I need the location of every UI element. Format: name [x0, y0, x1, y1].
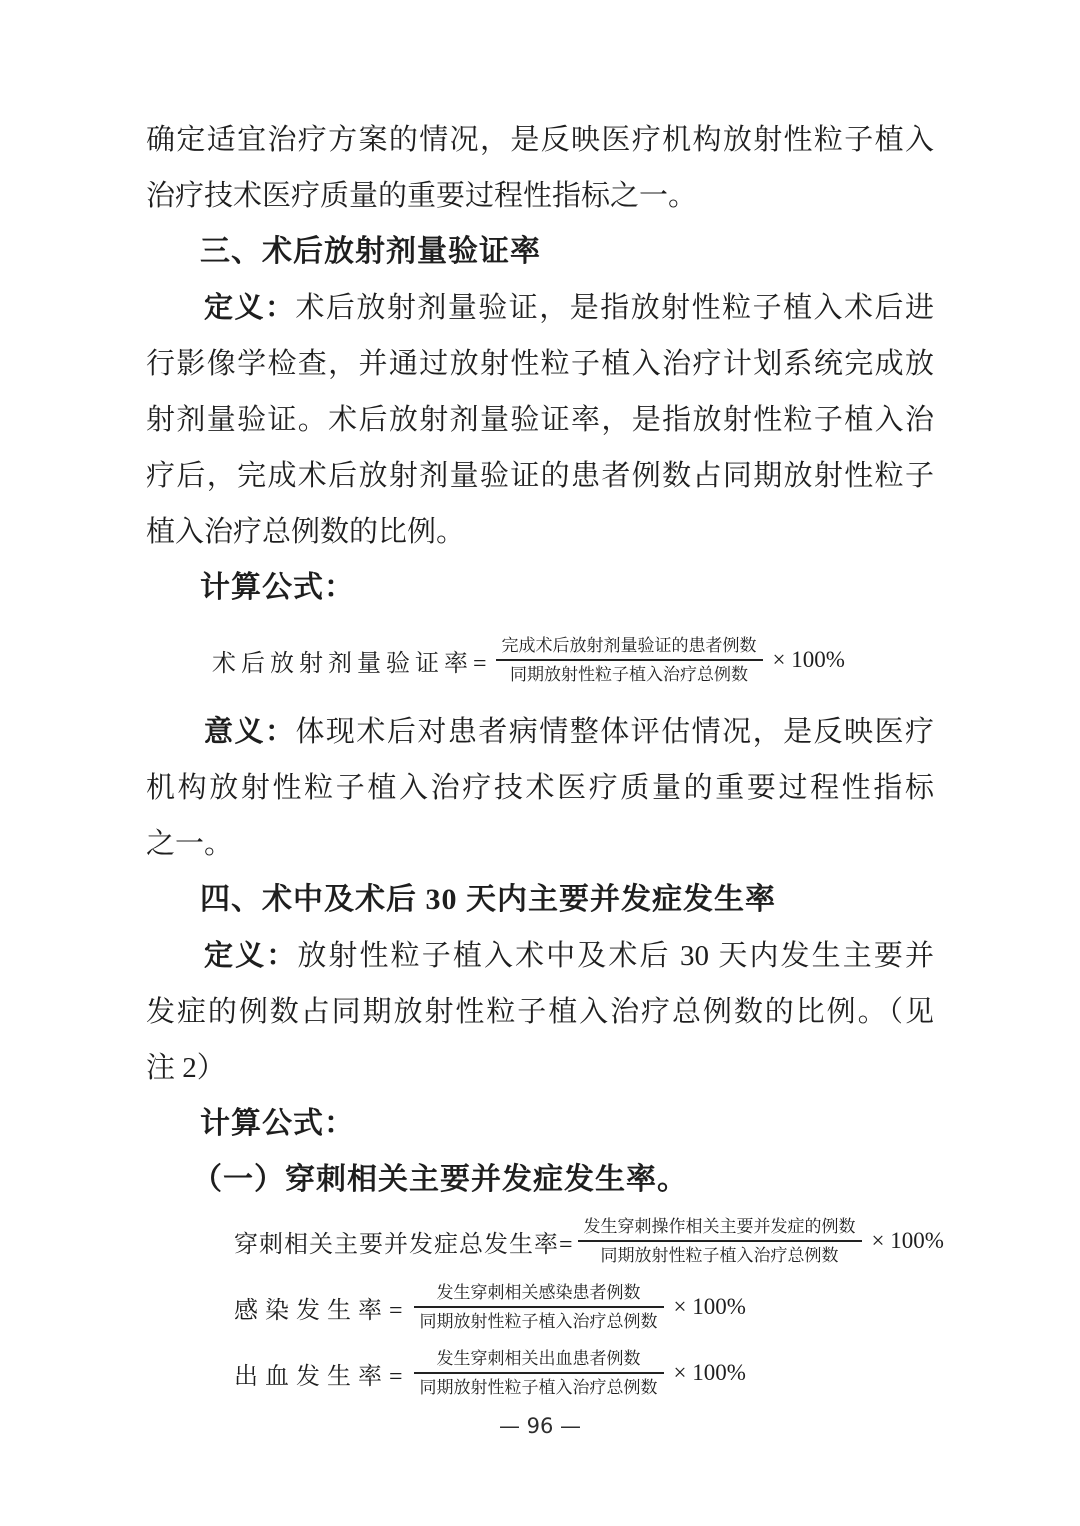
paragraph-lead: 定义： — [204, 940, 297, 972]
paragraph-lead: 意义： — [204, 716, 295, 748]
page-number: — 96 — — [499, 1414, 581, 1438]
fraction-denominator: 同期放射性粒子植入治疗总例数 — [414, 1374, 664, 1400]
fraction-denominator: 同期放射性粒子植入治疗总例数 — [414, 1308, 664, 1334]
formula-lhs: 术后放射剂量验证率= — [212, 643, 492, 678]
text-line: 发症的例数占同期放射性粒子植入治疗总例数的比例。（见 — [146, 984, 934, 1040]
text-line: 机构放射性粒子植入治疗技术医疗质量的重要过程性指标 — [146, 760, 934, 816]
text-line: 植入治疗总例数的比例。 — [146, 504, 934, 560]
fraction-numerator: 发生穿刺相关出血患者例数 — [414, 1346, 664, 1374]
text-line: 注 2） — [146, 1040, 934, 1096]
formula-bleeding-rate: 出血发生率= 发生穿刺相关出血患者例数 同期放射性粒子植入治疗总例数 × 100… — [146, 1340, 934, 1406]
formula-label-4: 计算公式： — [146, 1096, 934, 1152]
text-line: 治疗技术医疗质量的重要过程性指标之一。 — [146, 168, 934, 224]
text-line: 疗后，完成术后放射剂量验证的患者例数占同期放射性粒子 — [146, 448, 934, 504]
formula-factor: × 100% — [674, 1294, 746, 1320]
formula-puncture-total-complication-rate: 穿刺相关主要并发症总发生率= 发生穿刺操作相关主要并发症的例数 同期放射性粒子植… — [146, 1208, 934, 1274]
text-line: 意义：体现术后对患者病情整体评估情况，是反映医疗 — [146, 704, 934, 760]
formula-factor: × 100% — [674, 1360, 746, 1386]
section-heading-3: 三、术后放射剂量验证率 — [146, 224, 934, 280]
document-page: 确定适宜治疗方案的情况，是反映医疗机构放射性粒子植入治疗技术医疗质量的重要过程性… — [0, 0, 1080, 1526]
formula-factor: × 100% — [773, 647, 845, 673]
text-line: 定义：放射性粒子植入术中及术后 30 天内发生主要并 — [146, 928, 934, 984]
text-line: 确定适宜治疗方案的情况，是反映医疗机构放射性粒子植入 — [146, 112, 934, 168]
formula-lhs: 穿刺相关主要并发症总发生率= — [234, 1224, 574, 1259]
formula-fraction: 发生穿刺相关出血患者例数 同期放射性粒子植入治疗总例数 — [414, 1346, 664, 1400]
formula-infection-rate: 感染发生率= 发生穿刺相关感染患者例数 同期放射性粒子植入治疗总例数 × 100… — [146, 1274, 934, 1340]
formula-factor: × 100% — [872, 1228, 944, 1254]
fraction-denominator: 同期放射性粒子植入治疗总例数 — [578, 1242, 862, 1268]
formula-fraction: 发生穿刺相关感染患者例数 同期放射性粒子植入治疗总例数 — [414, 1280, 664, 1334]
paragraph-lead: 定义： — [204, 292, 295, 324]
paragraph-significance-3: 意义：体现术后对患者病情整体评估情况，是反映医疗机构放射性粒子植入治疗技术医疗质… — [146, 704, 934, 872]
text-line: 定义：术后放射剂量验证，是指放射性粒子植入术后进 — [146, 280, 934, 336]
paragraph-definition-3: 定义：术后放射剂量验证，是指放射性粒子植入术后进行影像学检查，并通过放射性粒子植… — [146, 280, 934, 560]
fraction-numerator: 发生穿刺操作相关主要并发症的例数 — [578, 1214, 862, 1242]
formula-lhs: 感染发生率= — [234, 1290, 410, 1325]
page-footer: — 96 — — [0, 1414, 1080, 1438]
fraction-denominator: 同期放射性粒子植入治疗总例数 — [496, 661, 763, 687]
fraction-numerator: 完成术后放射剂量验证的患者例数 — [496, 633, 763, 661]
fraction-numerator: 发生穿刺相关感染患者例数 — [414, 1280, 664, 1308]
formula-fraction: 发生穿刺操作相关主要并发症的例数 同期放射性粒子植入治疗总例数 — [578, 1214, 862, 1268]
paragraph-definition-4: 定义：放射性粒子植入术中及术后 30 天内发生主要并发症的例数占同期放射性粒子植… — [146, 928, 934, 1096]
formula-label-3: 计算公式： — [146, 560, 934, 616]
formula-fraction: 完成术后放射剂量验证的患者例数 同期放射性粒子植入治疗总例数 — [496, 633, 763, 687]
formula-lhs: 出血发生率= — [234, 1356, 410, 1391]
subsection-heading-puncture: （一）穿刺相关主要并发症发生率。 — [146, 1152, 934, 1208]
formula-postop-dose-verification: 术后放射剂量验证率= 完成术后放射剂量验证的患者例数 同期放射性粒子植入治疗总例… — [146, 616, 934, 704]
page-content: 确定适宜治疗方案的情况，是反映医疗机构放射性粒子植入治疗技术医疗质量的重要过程性… — [146, 112, 934, 1406]
text-line: 行影像学检查，并通过放射性粒子植入治疗计划系统完成放 — [146, 336, 934, 392]
section-heading-4: 四、术中及术后 30 天内主要并发症发生率 — [146, 872, 934, 928]
text-line: 射剂量验证。术后放射剂量验证率，是指放射性粒子植入治 — [146, 392, 934, 448]
text-line: 之一。 — [146, 816, 934, 872]
paragraph-intro: 确定适宜治疗方案的情况，是反映医疗机构放射性粒子植入治疗技术医疗质量的重要过程性… — [146, 112, 934, 224]
